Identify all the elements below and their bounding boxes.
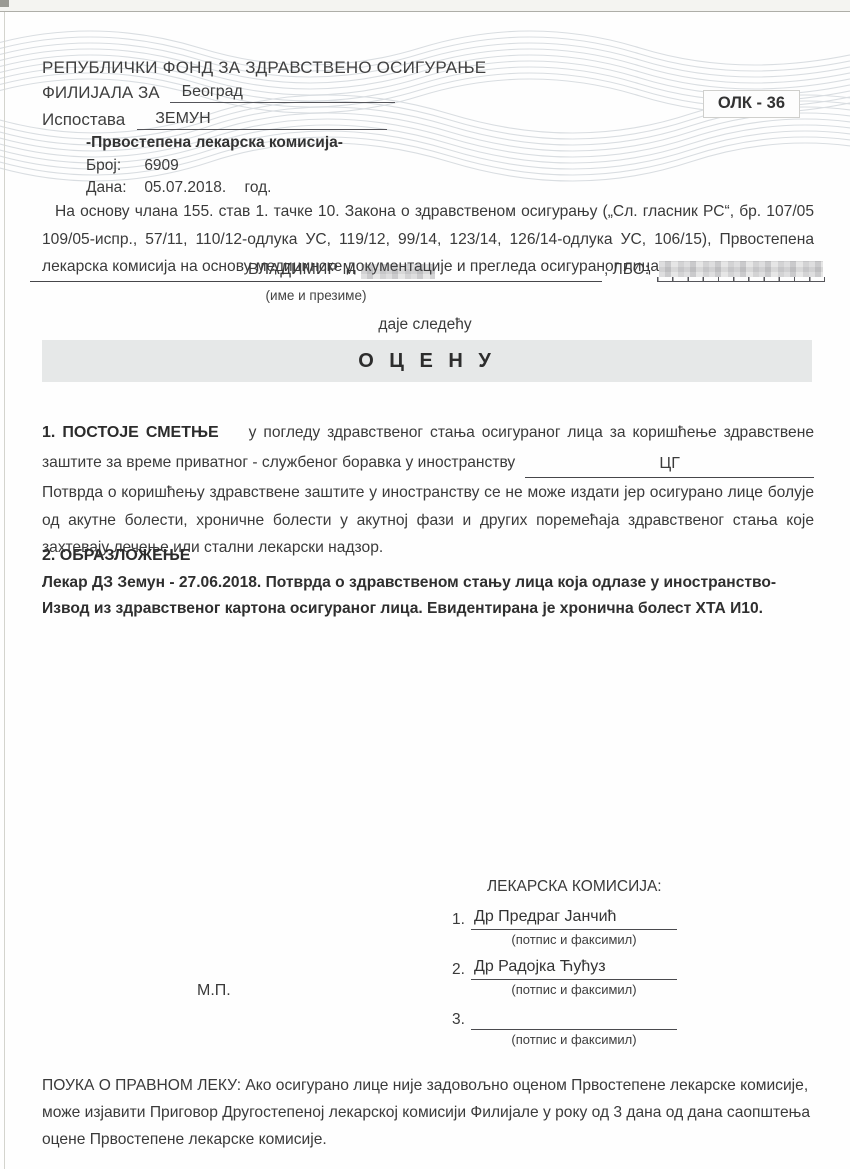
signature-number: 1. bbox=[452, 911, 471, 930]
legal-remedy-paragraph: ПОУКА О ПРАВНОМ ЛЕКУ: Ако осигурано лице… bbox=[42, 1072, 816, 1153]
office-label: Испостава bbox=[42, 110, 125, 130]
commission-signatures-title: ЛЕКАРСКА КОМИСИЈА: bbox=[487, 878, 662, 896]
signature-row-3: 3. (потпис и факсимил) bbox=[452, 1008, 692, 1047]
name-redaction-block bbox=[361, 264, 435, 279]
section-2-heading: 2. ОБРАЗЛОЖЕЊЕ bbox=[42, 547, 190, 565]
signature-name-field bbox=[471, 1008, 677, 1030]
section-1-heading: 1. ПОСТОЈЕ СМЕТЊЕ bbox=[42, 424, 219, 441]
stamp-placeholder: М.П. bbox=[197, 982, 231, 1000]
form-code-badge: ОЛК - 36 bbox=[703, 90, 800, 118]
scan-left-edge bbox=[4, 12, 5, 1169]
scan-top-edge bbox=[0, 0, 850, 12]
organization-name: РЕПУБЛИЧКИ ФОНД ЗА ЗДРАВСТВЕНО ОСИГУРАЊЕ bbox=[42, 58, 486, 78]
assessment-title: О Ц Е Н У bbox=[358, 350, 496, 373]
signature-number: 3. bbox=[452, 1011, 471, 1030]
branch-value-field: Београд bbox=[170, 83, 395, 103]
lbo-label: , ЛБО: bbox=[604, 261, 649, 282]
signature-name-field: Др Предраг Јанчић bbox=[471, 908, 677, 930]
signature-row-1: 1. Др Предраг Јанчић (потпис и факсимил) bbox=[452, 908, 692, 947]
date-value: 05.07.2018. bbox=[144, 179, 226, 196]
lbo-field bbox=[657, 261, 825, 282]
branch-row: ФИЛИЈАЛА ЗА Београд bbox=[42, 83, 395, 103]
office-row: Испостава ЗЕМУН bbox=[42, 110, 387, 130]
signature-name-field: Др Радојка Ћућуз bbox=[471, 958, 677, 980]
signature-caption: (потпис и факсимил) bbox=[471, 932, 677, 947]
legal-basis-line: 109/05-испр., 57/11, 110/12-одлука УС, 1… bbox=[42, 226, 814, 254]
signature-rows: 1. Др Предраг Јанчић (потпис и факсимил)… bbox=[452, 908, 692, 1058]
insured-person-line: ВЛАДИМИР М , ЛБО: bbox=[30, 258, 825, 282]
commission-title: -Првостепена лекарска комисија- bbox=[86, 134, 343, 152]
gives-following-text: даје следећу bbox=[0, 316, 850, 334]
name-caption: (име и презиме) bbox=[30, 288, 602, 303]
signature-row-2: 2. Др Радојка Ћућуз (потпис и факсимил) bbox=[452, 958, 692, 997]
section-1-text-2: заштите за време приватног - службеног б… bbox=[42, 448, 515, 478]
signature-number: 2. bbox=[452, 961, 471, 980]
date-suffix: год. bbox=[245, 179, 272, 196]
section-1-text-1: у погледу здравственог стања осигураног … bbox=[249, 424, 814, 441]
section-1-line-1: 1. ПОСТОЈЕ СМЕТЊЕу погледу здравственог … bbox=[42, 418, 814, 448]
scanned-form-page: РЕПУБЛИЧКИ ФОНД ЗА ЗДРАВСТВЕНО ОСИГУРАЊЕ… bbox=[0, 0, 850, 1169]
lbo-comb-line bbox=[657, 277, 825, 282]
section-2-paragraph: Лекар ДЗ Земун - 27.06.2018. Потврда о з… bbox=[42, 570, 784, 621]
person-name: ВЛАДИМИР М bbox=[248, 261, 356, 279]
section-1-line-2: заштите за време приватног - службеног б… bbox=[42, 448, 814, 478]
date-label: Дана: bbox=[86, 179, 140, 197]
section-1: 1. ПОСТОЈЕ СМЕТЊЕу погледу здравственог … bbox=[42, 418, 814, 478]
scan-corner-mark bbox=[0, 0, 9, 7]
country-field: ЦГ bbox=[525, 451, 814, 478]
legal-basis-line: На основу члана 155. став 1. тачке 10. З… bbox=[42, 198, 814, 226]
number-label: Број: bbox=[86, 157, 140, 175]
signature-caption: (потпис и факсимил) bbox=[471, 1032, 677, 1047]
office-value-field: ЗЕМУН bbox=[137, 110, 387, 130]
number-row: Број: 6909 bbox=[86, 157, 179, 175]
number-value: 6909 bbox=[144, 157, 178, 174]
signature-caption: (потпис и факсимил) bbox=[471, 982, 677, 997]
branch-label: ФИЛИЈАЛА ЗА bbox=[42, 83, 160, 103]
name-field: ВЛАДИМИР М bbox=[30, 258, 602, 282]
lbo-redaction-block bbox=[659, 261, 823, 277]
date-row: Дана: 05.07.2018. год. bbox=[86, 179, 271, 197]
assessment-title-band: О Ц Е Н У bbox=[42, 340, 812, 382]
